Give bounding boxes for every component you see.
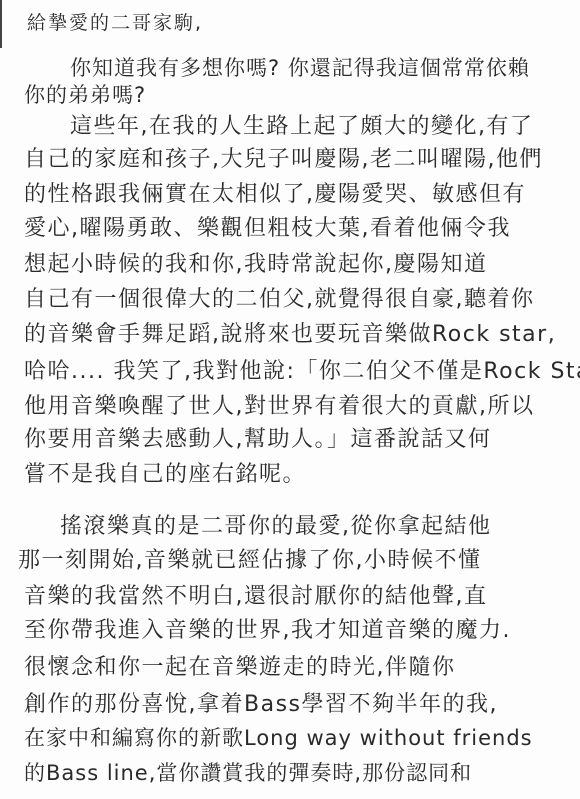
letter-line: 在家中和編寫你的新歌Long way without friends xyxy=(24,723,533,753)
letter-line: 他用音樂喚醒了世人,對世界有着很大的貢獻,所以 xyxy=(24,392,535,422)
letter-line: 想起小時候的我和你,我時常說起你,慶陽知道 xyxy=(24,250,488,280)
letter-line: 自己的家庭和孩子,大兒子叫慶陽,老二叫曜陽,他們 xyxy=(24,145,543,175)
letter-line: 自己有一個很偉大的二伯父,就覺得很自豪,聽着你 xyxy=(24,285,535,315)
letter-line: 嘗不是我自己的座右銘呢。 xyxy=(24,460,306,490)
letter-line: 你要用音樂去感動人,幫助人。」這番說話又何 xyxy=(24,425,492,455)
letter-line: 哈哈.... 我笑了,我對他說:「你二伯父不僅是Rock Star, xyxy=(24,357,580,387)
letter-line: 至你帶我進入音樂的世界,我才知道音樂的魔力. xyxy=(24,616,511,646)
letter-line: 那一刻開始,音樂就已經佔據了你,小時候不懂 xyxy=(18,546,482,576)
letter-page: 給摯愛的二哥家駒, 你知道我有多想你嗎? 你還記得我這個常常依賴 你的弟弟嗎? … xyxy=(0,0,580,799)
letter-greeting: 給摯愛的二哥家駒, xyxy=(27,8,203,38)
letter-line: 創作的那份喜悅,拿着Bass學習不夠半年的我, xyxy=(24,690,498,720)
letter-line: 愛心,曜陽勇敢、樂觀但粗枝大葉,看着他倆令我 xyxy=(24,214,511,244)
letter-line: 很懷念和你一起在音樂遊走的時光,伴隨你 xyxy=(24,653,456,683)
page-edge-shadow xyxy=(0,0,2,48)
letter-line: 的音樂會手舞足蹈,說將來也要玩音樂做Rock star, xyxy=(24,320,556,350)
letter-line: 這些年,在我的人生路上起了頗大的變化,有了 xyxy=(70,112,534,142)
letter-line: 你知道我有多想你嗎? 你還記得我這個常常依賴 xyxy=(70,53,530,83)
letter-line: 你的弟弟嗎? xyxy=(24,80,146,110)
letter-line: 搖滾樂真的是二哥你的最愛,從你拿起結他 xyxy=(60,512,492,542)
letter-line: 的Bass line,當你讚賞我的彈奏時,那份認同和 xyxy=(24,758,472,788)
letter-line: 的性格跟我倆實在太相似了,慶陽愛哭、敏感但有 xyxy=(24,180,526,210)
letter-line: 音樂的我當然不明白,還很討厭你的結他聲,直 xyxy=(24,582,488,612)
